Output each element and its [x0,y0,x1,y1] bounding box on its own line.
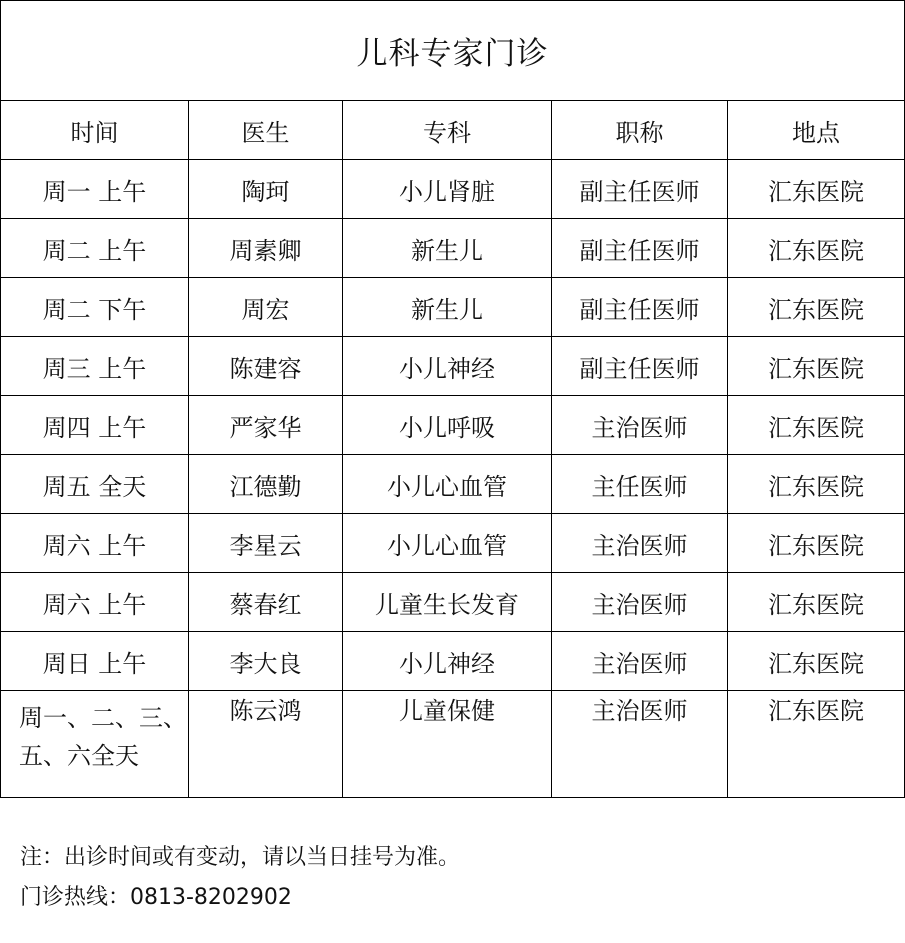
table-row: 周一 上午 陶珂 小儿肾脏 副主任医师 汇东医院 [1,160,905,219]
location-cell: 汇东医院 [728,691,905,798]
table-row: 周六 上午 蔡春红 儿童生长发育 主治医师 汇东医院 [1,573,905,632]
specialty-cell: 小儿心血管 [343,514,552,573]
title-cell: 主治医师 [552,514,728,573]
time-cell: 周六 上午 [1,514,189,573]
schedule-change-note: 注：出诊时间或有变动，请以当日挂号为准。 [20,838,460,878]
table-row: 周六 上午 李星云 小儿心血管 主治医师 汇东医院 [1,514,905,573]
doctor-cell: 周宏 [189,278,343,337]
notes-section: 注：出诊时间或有变动，请以当日挂号为准。 门诊热线：0813-8202902 [20,838,460,918]
location-cell: 汇东医院 [728,396,905,455]
title-cell: 副主任医师 [552,278,728,337]
column-header-location: 地点 [728,101,905,160]
time-cell: 周一、二、三、 五、六全天 [1,691,189,798]
table-row: 周二 上午 周素卿 新生儿 副主任医师 汇东医院 [1,219,905,278]
title-cell: 主治医师 [552,691,728,798]
time-cell: 周五 全天 [1,455,189,514]
specialty-cell: 儿童保健 [343,691,552,798]
title-cell: 副主任医师 [552,337,728,396]
column-header-specialty: 专科 [343,101,552,160]
hotline-text: 门诊热线：0813-8202902 [20,878,460,918]
time-cell: 周六 上午 [1,573,189,632]
time-cell: 周四 上午 [1,396,189,455]
doctor-cell: 陈建容 [189,337,343,396]
title-cell: 主治医师 [552,632,728,691]
time-line-1: 周一、二、三、 [19,699,188,737]
table-title: 儿科专家门诊 [1,1,905,101]
clinic-schedule-table: 儿科专家门诊 时间 医生 专科 职称 地点 周一 上午 陶珂 小儿肾脏 副主任医… [0,0,905,798]
specialty-cell: 新生儿 [343,219,552,278]
location-cell: 汇东医院 [728,455,905,514]
time-cell: 周一 上午 [1,160,189,219]
table-row: 周五 全天 江德勤 小儿心血管 主任医师 汇东医院 [1,455,905,514]
doctor-cell: 蔡春红 [189,573,343,632]
specialty-cell: 儿童生长发育 [343,573,552,632]
column-header-time: 时间 [1,101,189,160]
doctor-cell: 陶珂 [189,160,343,219]
specialty-cell: 小儿心血管 [343,455,552,514]
doctor-cell: 周素卿 [189,219,343,278]
specialty-cell: 小儿肾脏 [343,160,552,219]
time-cell: 周日 上午 [1,632,189,691]
header-row: 时间 医生 专科 职称 地点 [1,101,905,160]
doctor-cell: 江德勤 [189,455,343,514]
location-cell: 汇东医院 [728,632,905,691]
table-row: 周四 上午 严家华 小儿呼吸 主治医师 汇东医院 [1,396,905,455]
table-row: 周一、二、三、 五、六全天 陈云鸿 儿童保健 主治医师 汇东医院 [1,691,905,798]
doctor-cell: 李大良 [189,632,343,691]
table-row: 周三 上午 陈建容 小儿神经 副主任医师 汇东医院 [1,337,905,396]
title-cell: 主治医师 [552,573,728,632]
title-cell: 主任医师 [552,455,728,514]
doctor-cell: 李星云 [189,514,343,573]
title-cell: 副主任医师 [552,160,728,219]
column-header-doctor: 医生 [189,101,343,160]
table-row: 周二 下午 周宏 新生儿 副主任医师 汇东医院 [1,278,905,337]
specialty-cell: 小儿神经 [343,337,552,396]
time-cell: 周二 下午 [1,278,189,337]
location-cell: 汇东医院 [728,219,905,278]
title-cell: 主治医师 [552,396,728,455]
specialty-cell: 小儿神经 [343,632,552,691]
location-cell: 汇东医院 [728,514,905,573]
doctor-cell: 严家华 [189,396,343,455]
doctor-cell: 陈云鸿 [189,691,343,798]
column-header-title: 职称 [552,101,728,160]
location-cell: 汇东医院 [728,573,905,632]
location-cell: 汇东医院 [728,337,905,396]
time-cell: 周三 上午 [1,337,189,396]
table-row: 周日 上午 李大良 小儿神经 主治医师 汇东医院 [1,632,905,691]
title-cell: 副主任医师 [552,219,728,278]
specialty-cell: 小儿呼吸 [343,396,552,455]
location-cell: 汇东医院 [728,160,905,219]
location-cell: 汇东医院 [728,278,905,337]
time-line-2: 五、六全天 [19,737,188,775]
specialty-cell: 新生儿 [343,278,552,337]
time-cell: 周二 上午 [1,219,189,278]
